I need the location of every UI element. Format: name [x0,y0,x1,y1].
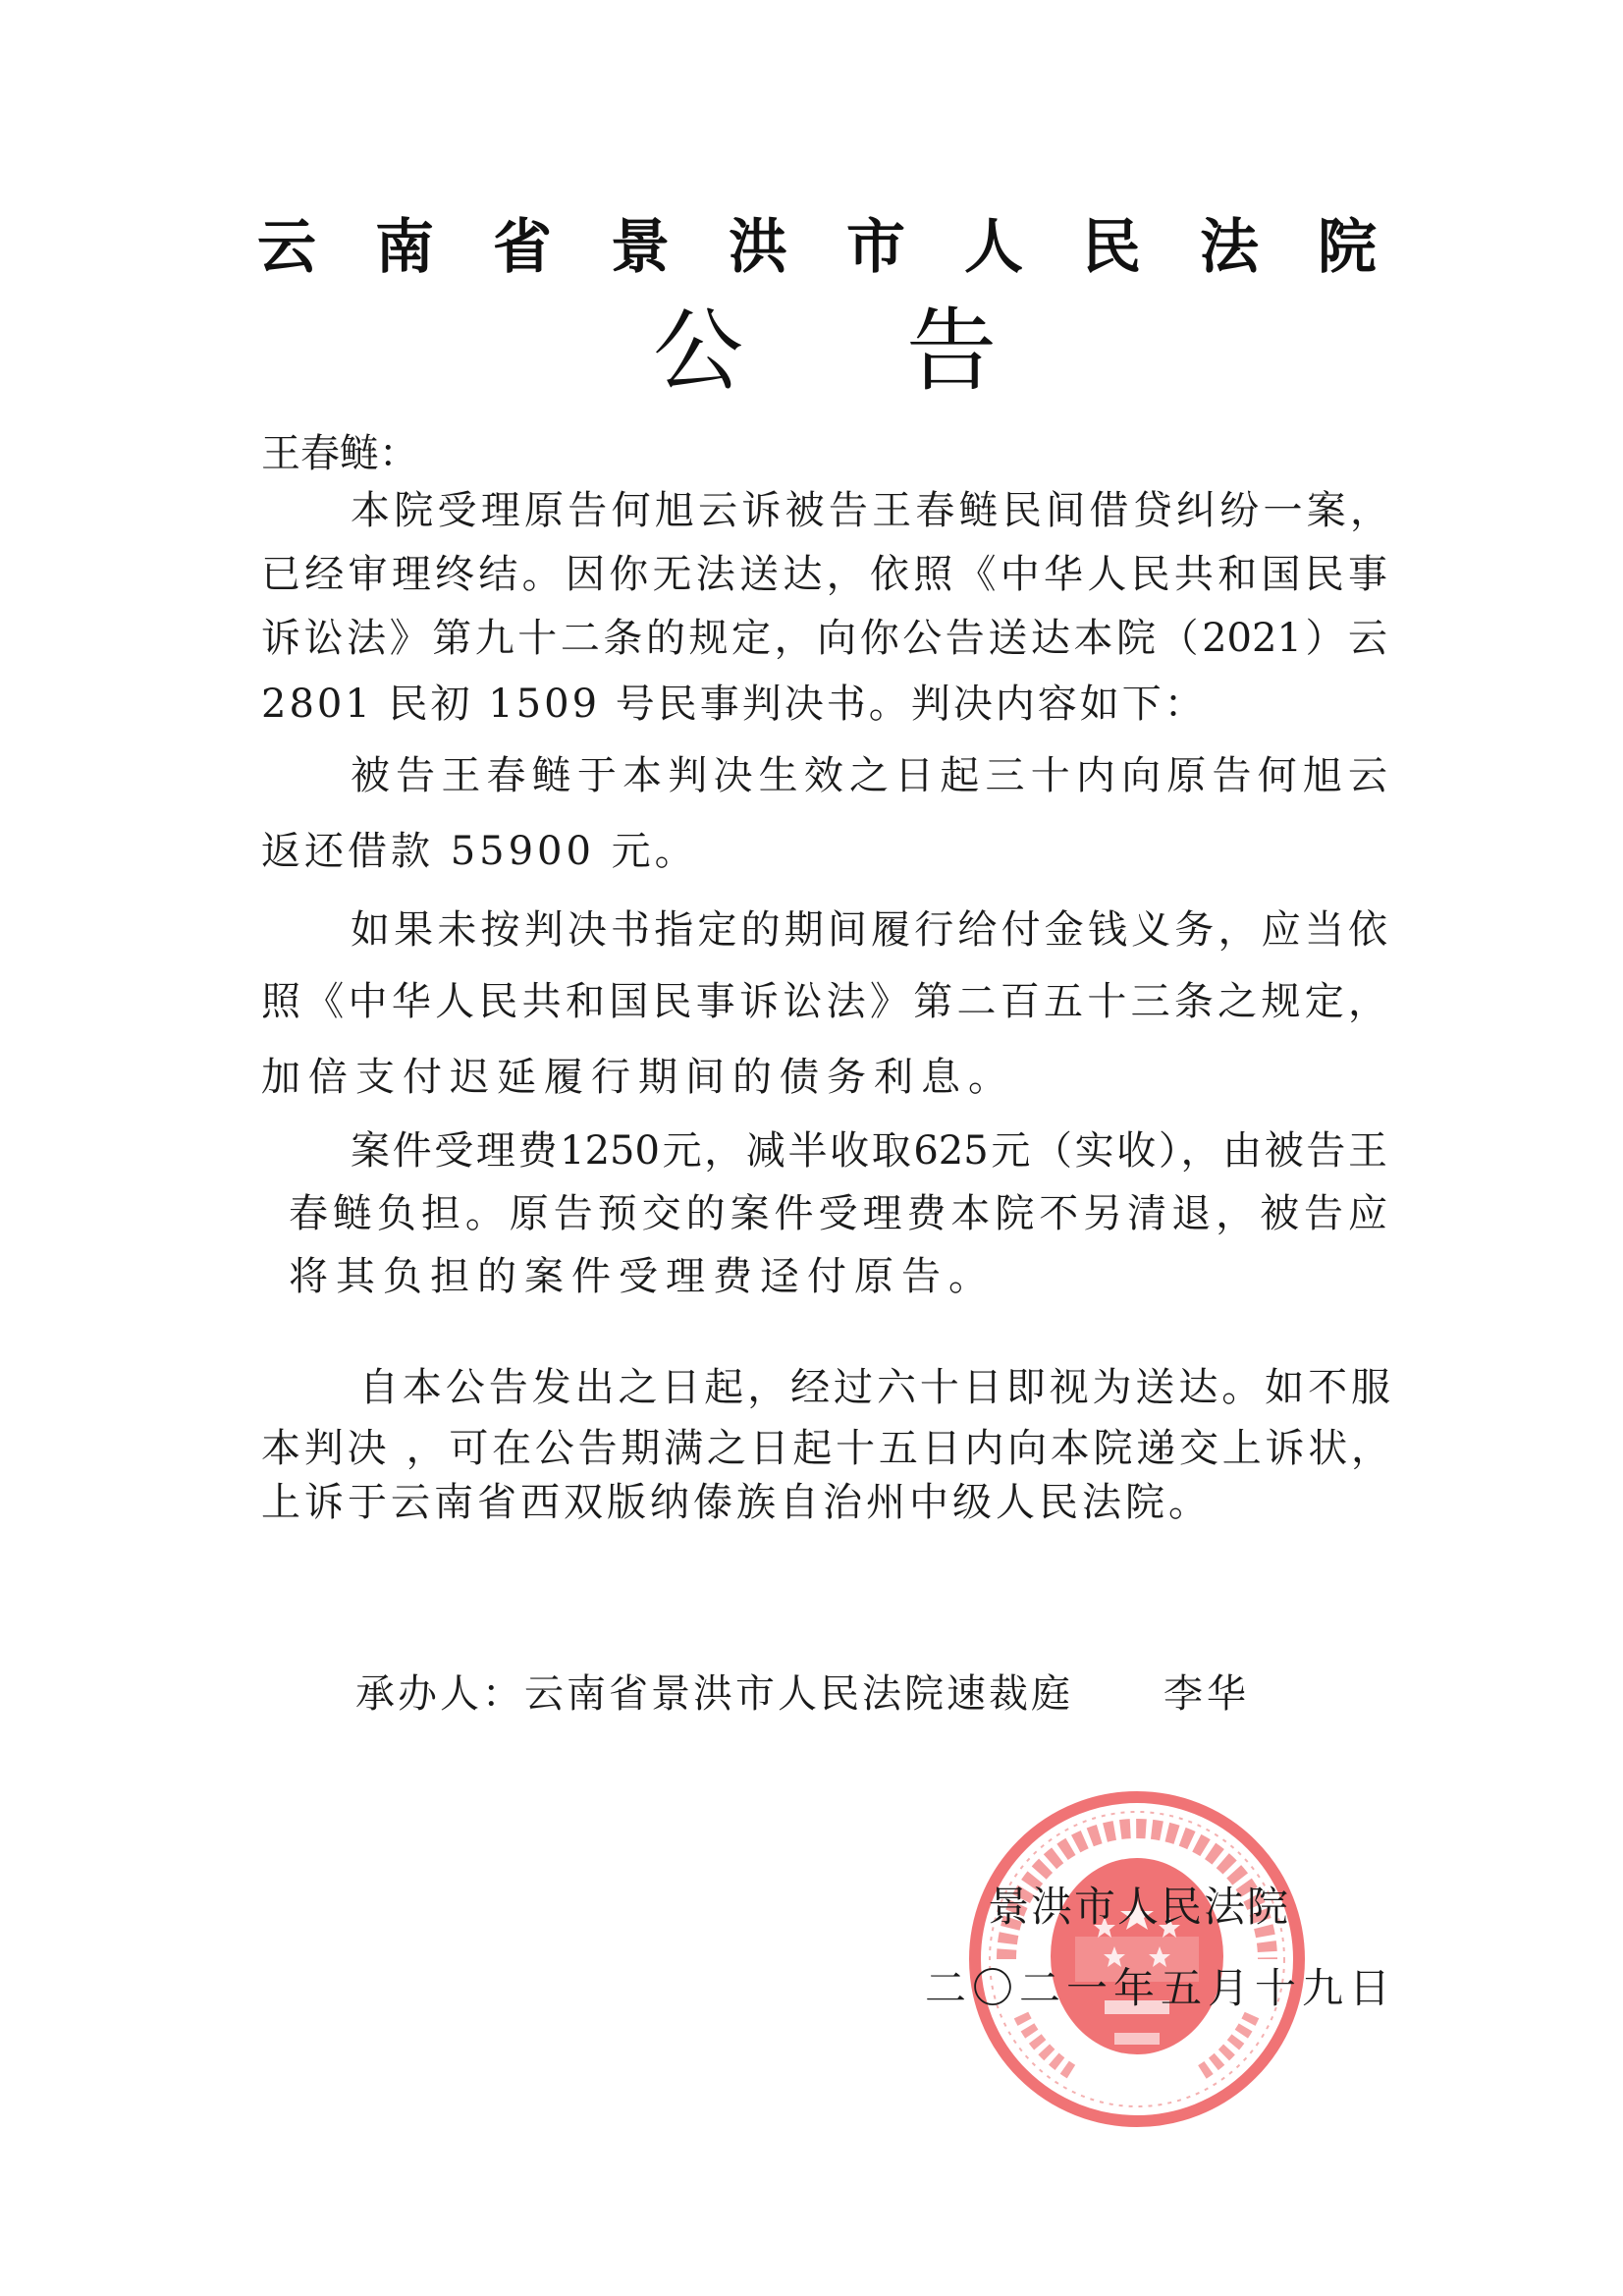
title-char: 民 [1082,218,1141,277]
handler-name: 李华 [1163,1674,1250,1714]
title-char: 省 [493,218,552,277]
title-char: 景 [611,218,670,277]
paragraph-3-line-3: 加倍支付迟延履行期间的债务利息。 [261,1058,1015,1097]
signature-court-name: 景洪市人民法院 [988,1886,1290,1928]
title-char: 南 [375,218,434,277]
paragraph-3-line-1: 如果未按判决书指定的期间履行给付金钱义务，应当依 [351,910,1387,950]
paragraph-4-line-3: 将其负担的案件受理费迳付原告。 [289,1257,996,1296]
paragraph-5-line-3: 上诉于云南省西双版纳傣族自治州中级人民法院。 [261,1483,1212,1522]
title-char: 人 [964,218,1023,277]
notice-title: 公 告 [653,306,997,397]
paragraph-4-line-1: 案件受理费1250元，减半收取625元（实收），由被告王 [351,1131,1387,1171]
paragraph-3-line-2: 照《中华人民共和国民事诉讼法》第二百五十三条之规定， [261,982,1387,1021]
title-char: 云 [257,218,316,277]
title-char: 院 [1318,218,1377,277]
official-court-seal-icon [967,1789,1307,2129]
title-char: 法 [1200,218,1259,277]
paragraph-1-line-4: 2801 民初 1509 号民事判决书。判决内容如下： [261,684,1207,724]
paragraph-1-line-1: 本院受理原告何旭云诉被告王春鲢民间借贷纠纷一案， [351,491,1389,530]
paragraph-1-line-3: 诉讼法》第九十二条的规定，向你公告送达本院（2021）云 [261,619,1387,658]
paragraph-4-line-2: 春鲢负担。原告预交的案件受理费本院不另清退，被告应 [289,1194,1387,1233]
title-char: 市 [846,218,905,277]
notice-title-char: 告 [906,306,997,397]
paragraph-1-line-2: 已经审理终结。因你无法送达，依照《中华人民共和国民事 [261,555,1387,594]
title-char: 洪 [729,218,787,277]
paragraph-5-line-2: 本判决 ，可在公告期满之日起十五日内向本院递交上诉状， [261,1429,1390,1468]
notice-title-char: 公 [653,306,743,397]
signature-date: 二〇二一年五月十九日 [925,1968,1396,2009]
paragraph-5-line-1: 自本公告发出之日起，经过六十日即视为送达。如不服 [359,1368,1390,1407]
notice-document: 云 南 省 景 洪 市 人 民 法 院 公 告 王春鲢： 本院受理原告何旭云诉被… [0,0,1623,2296]
court-name-title: 云 南 省 景 洪 市 人 民 法 院 [257,218,1377,277]
paragraph-2-line-2: 返还借款 55900 元。 [261,832,698,871]
handler-label: 承办人：云南省景洪市人民法院速裁庭 [355,1674,1073,1714]
paragraph-2-line-1: 被告王春鲢于本判决生效之日起三十内向原告何旭云 [351,756,1387,795]
addressee: 王春鲢： [261,434,418,473]
